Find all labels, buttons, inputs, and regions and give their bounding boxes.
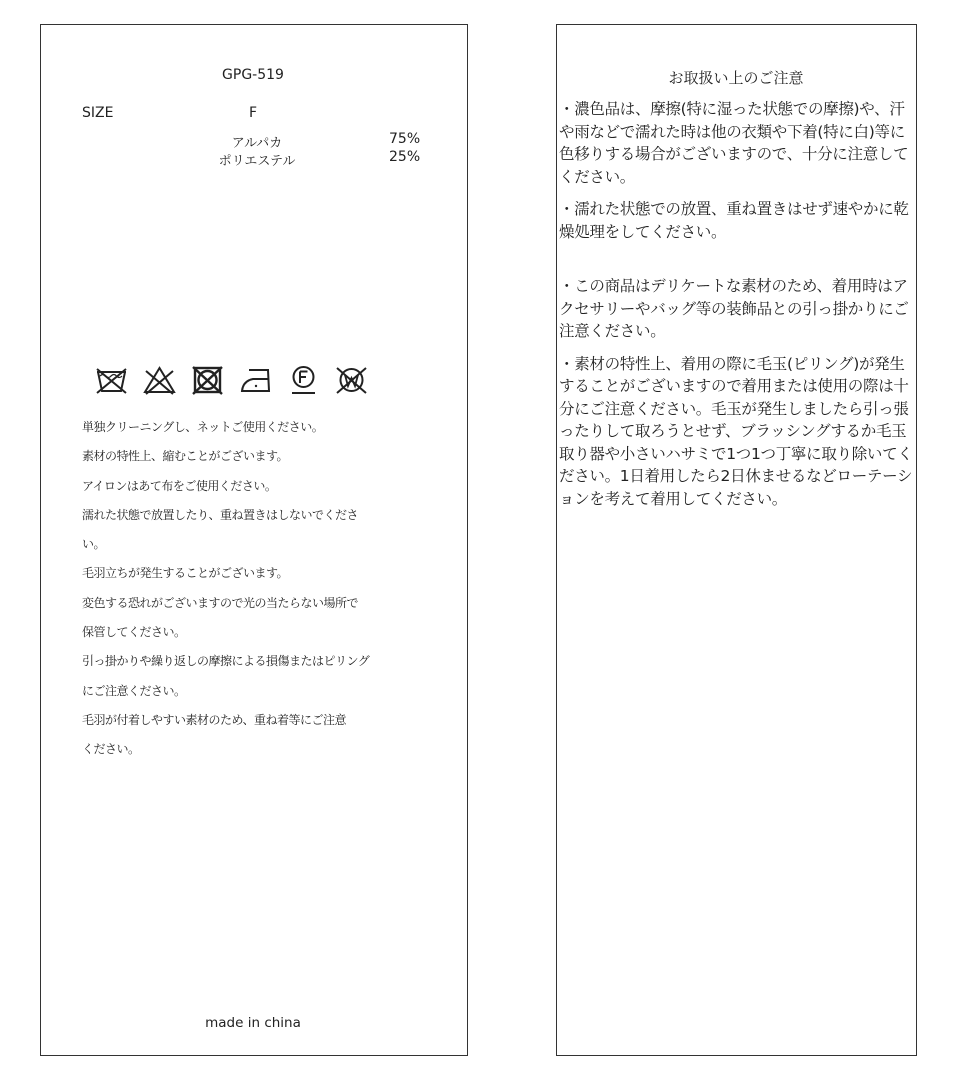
care-line: 変色する恐れがございますので光の当たらない場所で xyxy=(82,589,422,618)
handling-title: お取扱い上のご注意 xyxy=(557,67,915,88)
care-instructions: 単独クリーニングし、ネットご使用ください。 素材の特性上、縮むことがございます。… xyxy=(82,413,422,765)
product-code: GPG-519 xyxy=(41,67,465,83)
do-not-wash-icon xyxy=(95,365,128,395)
composition-material: ポリエステル xyxy=(217,150,297,169)
handling-paragraph: ・濃色品は、摩擦(特に湿った状態での摩擦)や、汗や雨などで濡れた時は他の衣類や下… xyxy=(559,98,915,188)
care-line: い。 xyxy=(82,530,422,559)
no-bleach-icon xyxy=(143,365,176,395)
care-line: 毛羽が付着しやすい素材のため、重ね着等にご注意 xyxy=(82,706,422,735)
care-line: 単独クリーニングし、ネットご使用ください。 xyxy=(82,413,422,442)
care-symbols xyxy=(95,365,368,395)
origin-text: made in china xyxy=(41,1015,465,1031)
care-line: 素材の特性上、縮むことがございます。 xyxy=(82,442,422,471)
care-line: にご注意ください。 xyxy=(82,677,422,706)
handling-paragraph: ・濡れた状態での放置、重ね置きはせず速やかに乾燥処理をしてください。 xyxy=(559,198,915,243)
care-label-right: お取扱い上のご注意 ・濃色品は、摩擦(特に湿った状態での摩擦)や、汗や雨などで濡… xyxy=(556,24,917,1056)
handling-notes: ・濃色品は、摩擦(特に湿った状態での摩擦)や、汗や雨などで濡れた時は他の衣類や下… xyxy=(559,98,915,510)
care-line: 保管してください。 xyxy=(82,618,422,647)
care-label-left: GPG-519 SIZE F アルパカ 75% ポリエステル 25% xyxy=(40,24,468,1056)
care-line: アイロンはあて布をご使用ください。 xyxy=(82,472,422,501)
handling-paragraph: ・この商品はデリケートな素材のため、着用時はアクセサリーやバッグ等の装飾品との引… xyxy=(559,275,915,343)
size-label: SIZE xyxy=(82,105,113,121)
iron-low-icon xyxy=(239,365,272,395)
composition-percent: 25% xyxy=(389,149,420,165)
care-line: 毛羽立ちが発生することがございます。 xyxy=(82,559,422,588)
no-tumble-dry-icon xyxy=(191,365,224,395)
care-line: 濡れた状態で放置したり、重ね置きはしないでくださ xyxy=(82,501,422,530)
no-wet-clean-icon xyxy=(335,365,368,395)
composition-percent: 75% xyxy=(389,131,420,147)
size-value: F xyxy=(249,105,257,121)
dry-clean-f-icon xyxy=(287,365,320,395)
care-line: ください。 xyxy=(82,735,422,764)
care-line: 引っ掛かりや繰り返しの摩擦による損傷またはピリング xyxy=(82,647,422,676)
handling-paragraph: ・素材の特性上、着用の際に毛玉(ピリング)が発生することがございますので着用また… xyxy=(559,353,915,511)
composition-material: アルパカ xyxy=(217,132,297,151)
